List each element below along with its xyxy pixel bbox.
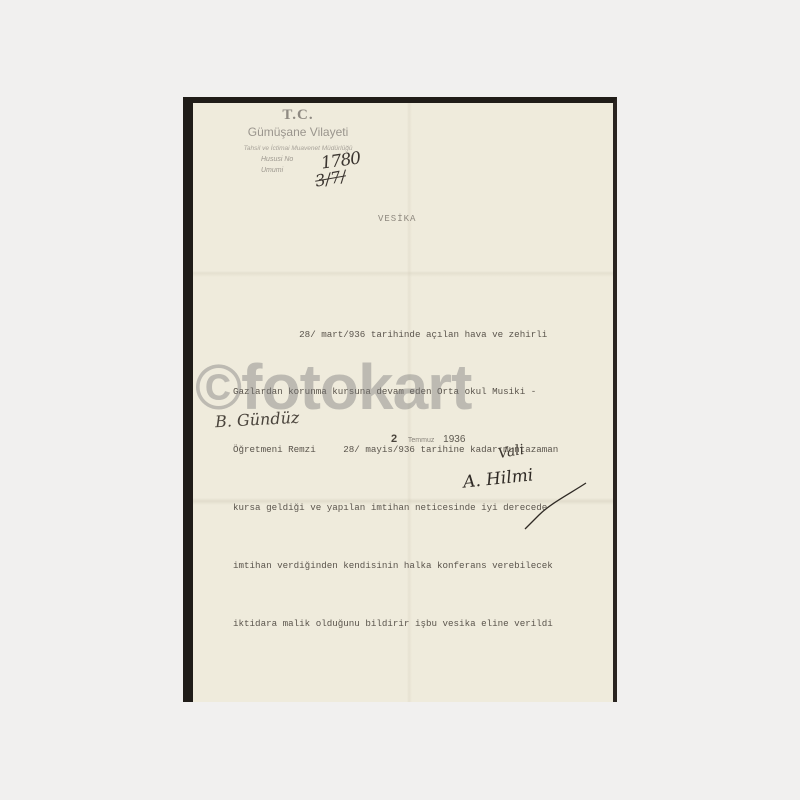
body-line: imtihan verdiğinden kendisinin halka kon…: [233, 556, 613, 575]
date-stamp: 2 Temmuz 1936: [391, 433, 465, 445]
body-line: 28/ mart/936 tarihinde açılan hava ve ze…: [233, 325, 613, 344]
document-body: 28/ mart/936 tarihinde açılan hava ve ze…: [233, 286, 613, 672]
body-line: iktidara malik olduğunu bildirir işbu ve…: [233, 614, 613, 633]
stamp-day: 2: [391, 433, 397, 445]
stamp-month: Temmuz: [408, 437, 434, 444]
signature-flourish-icon: [511, 481, 591, 531]
watermark: ©fotokart: [195, 350, 471, 424]
document-title: VESİKA: [378, 214, 416, 224]
reference-date: 3/7/: [314, 166, 348, 190]
letterhead-country: T.C.: [213, 107, 383, 124]
stamp-year: 1936: [443, 434, 465, 445]
letterhead-province: Gümüşane Vilayeti: [213, 125, 383, 139]
